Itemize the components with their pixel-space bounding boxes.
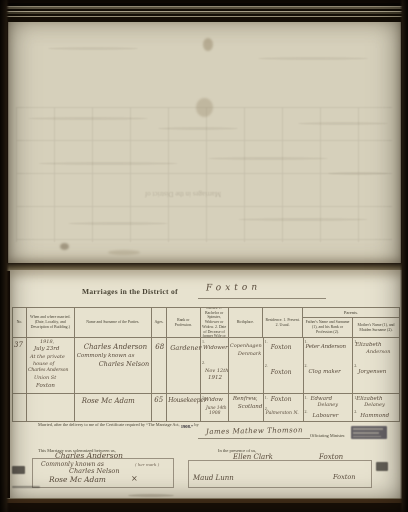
showthrough-squiggle	[238, 218, 368, 221]
registrar-stamp-icon	[12, 466, 25, 474]
bride-condition: Widow	[204, 397, 223, 403]
column-header-parents: Parents.	[303, 308, 399, 318]
groom-mother-name: Elizabeth	[355, 342, 381, 348]
bride-signature: Rose Mc Adam	[49, 475, 106, 484]
when-line: 1918,	[40, 339, 54, 345]
when-line: Union St	[34, 375, 56, 381]
groom-signature: Charles Anderson	[55, 451, 123, 460]
witnesses-box: Ellen Clark Foxton Maud Lunn Foxton	[188, 460, 372, 488]
groom-decease-date: Nov 12th	[205, 368, 228, 374]
bride-mother-maiden: Hammond	[360, 413, 389, 419]
cell-bride-name: Rose Mc Adam	[75, 394, 153, 421]
cell-bride-residence: 1. Foxton 2. Palmerston N.	[264, 394, 304, 421]
printed-marker-2: 2.	[305, 363, 308, 368]
column-header-when: When and where married. (Date, Locality,…	[27, 308, 75, 337]
witness-1-name: Ellen Clark	[233, 453, 273, 461]
page-stain	[108, 250, 140, 255]
when-line: Foxton	[36, 383, 55, 389]
column-header-mother: Mother's Name (1), and Maiden Surname (2…	[353, 318, 399, 337]
table-row-bride: Rose Mc Adam 65 Housekeeper 1. Widow Jun…	[13, 394, 399, 421]
bride-decease-date: June 14th	[206, 405, 227, 410]
cell-groom-name: Charles Anderson Commonly known as Charl…	[75, 338, 153, 393]
act-year-stamp: 1908.”	[181, 424, 194, 429]
cell-empty	[13, 394, 27, 421]
couple-signature-box: Charles Anderson Commonly known as Charl…	[32, 458, 174, 488]
cell-bride-condition: 1. Widow June 14th 1908	[201, 394, 229, 421]
when-line: At the private	[30, 354, 65, 360]
cell-bride-birthplace: Renfrew, Scotland	[229, 394, 264, 421]
groom-decease-year: 1912	[208, 375, 222, 381]
certification-text-before: Married, after the delivery to me of the…	[38, 422, 180, 427]
showthrough-squiggle	[298, 122, 388, 125]
minister-signature: James Mathew Thomson	[206, 426, 303, 436]
cell-groom-rank: Gardener	[167, 338, 201, 393]
when-line: July 23rd	[34, 346, 60, 352]
bride-father-rank: Labourer	[313, 413, 339, 419]
bottom-page: Marriages in the District of Foxton No. …	[10, 270, 402, 498]
showthrough-squiggle	[28, 117, 148, 120]
showthrough-title: Marriages in the District of	[83, 190, 283, 198]
showthrough-squiggle	[158, 127, 238, 130]
bride-father-surname: Delaney	[318, 402, 339, 408]
bride-age: 65	[154, 396, 163, 404]
cell-groom-residence: 1. Foxton 2. Foxton	[264, 338, 304, 393]
page-stain	[203, 38, 213, 51]
printed-marker-2: 2.	[354, 363, 357, 368]
showthrough-squiggle	[68, 222, 168, 225]
bride-residence-present: Foxton	[271, 396, 292, 403]
printed-marker-2: 2.	[354, 409, 357, 414]
top-page: Marriages in the District of	[8, 22, 401, 264]
when-line: Charles Anderson	[28, 368, 68, 373]
certification-statement: Married, after the delivery to me of the…	[38, 422, 199, 427]
table-row-groom: 37 1918, July 23rd At the private house …	[13, 338, 399, 394]
printed-marker-1: 1.	[265, 339, 268, 344]
cell-groom-condition: 1. Widower 2. Nov 12th 1912	[201, 338, 229, 393]
column-header-condition: Condition of Parties. 1. Bachelor or Spi…	[201, 308, 229, 337]
witness-2-residence: Foxton	[333, 473, 355, 481]
pencil-squiggle	[128, 494, 174, 497]
column-header-no: No.	[13, 308, 27, 337]
showthrough-squiggle	[48, 47, 138, 50]
book-edge-left	[0, 0, 9, 512]
showthrough-squiggle	[328, 172, 388, 175]
printed-marker-2: 2.	[265, 363, 268, 368]
groom-alias-signature: Charles Nelson	[69, 467, 120, 475]
certification-text-after: by	[194, 422, 198, 427]
bride-name: Rose Mc Adam	[82, 397, 135, 405]
cell-entry-no: 37	[13, 338, 27, 393]
her-mark-note: ( her mark )	[135, 462, 159, 467]
district-name-handwritten: Foxton	[206, 283, 261, 294]
showthrough-squiggle	[208, 157, 328, 160]
groom-alias-name: Charles Nelson	[99, 360, 150, 368]
witness-2-name: Maud Lunn	[193, 474, 234, 482]
page-edge-stack	[5, 3, 403, 23]
groom-rank: Gardener	[170, 344, 201, 352]
cell-when-where: 1918, July 23rd At the private house of …	[27, 338, 75, 393]
register-book: Marriages in the District of Marriages i…	[0, 0, 408, 512]
book-edge-right	[400, 0, 408, 512]
cell-groom-father: 1. Peter Anderson 2. Clog maker	[304, 338, 354, 393]
bride-mother-surname: Delaney	[364, 402, 385, 408]
minister-stamp-icon	[351, 426, 387, 439]
margin-stamp-icon	[376, 462, 388, 471]
column-header-parents-group: Parents. Father's Name and Surname (1), …	[303, 308, 399, 337]
groom-residence-present: Foxton	[271, 344, 292, 351]
showthrough-squiggle	[38, 162, 178, 165]
fine-print-illegible	[12, 486, 40, 488]
column-header-rank: Rank or Profession.	[167, 308, 201, 337]
witness-1-residence: Foxton	[319, 453, 343, 461]
groom-alias-label: Commonly known as	[77, 353, 135, 359]
bride-decease-year: 1908	[209, 411, 220, 416]
groom-birthplace-city: Copenhagen	[230, 343, 262, 349]
groom-name: Charles Anderson	[84, 343, 147, 351]
page-title: Marriages in the District of	[82, 287, 178, 296]
bride-residence-usual: Palmerston N.	[266, 411, 299, 416]
column-header-birthplace: Birthplace.	[229, 308, 264, 337]
groom-age: 68	[155, 343, 164, 351]
cell-groom-mother: 1. Elizabeth Anderson 2. Jorgensen	[353, 338, 399, 393]
cell-groom-birthplace: Copenhagen Denmark	[229, 338, 264, 393]
bride-birthplace-country: Scotland	[238, 404, 262, 410]
entry-number: 37	[14, 341, 23, 349]
printed-marker-1: 1.	[265, 395, 268, 400]
minister-title: Officiating Minister.	[310, 433, 345, 438]
marriage-table: No. When and where married. (Date, Local…	[12, 307, 400, 422]
column-header-father: Father's Name and Surname (1), and his R…	[303, 318, 353, 337]
bride-mark-cross: ×	[131, 474, 138, 483]
cell-bride-rank: Housekeeper	[167, 394, 201, 421]
groom-mother-surname: Anderson	[366, 349, 390, 355]
printed-marker-2: 2.	[305, 409, 308, 414]
groom-father-name: Peter Anderson	[306, 344, 346, 350]
groom-birthplace-country: Denmark	[238, 351, 261, 357]
cell-groom-age: 68	[152, 338, 167, 393]
column-header-names: Name and Surname of the Parties.	[75, 308, 152, 337]
title-underline	[198, 298, 326, 299]
table-header-row: No. When and where married. (Date, Local…	[13, 308, 399, 338]
cell-bride-mother: 1. Elizabeth Delaney 2. Hammond	[353, 394, 399, 421]
groom-father-rank: Clog maker	[309, 369, 341, 375]
cell-empty	[27, 394, 75, 421]
groom-residence-usual: Foxton	[271, 369, 292, 376]
groom-mother-maiden: Jorgensen	[358, 369, 386, 375]
cell-bride-father: 1. Edward Delaney 2. Labourer	[304, 394, 354, 421]
bride-birthplace-city: Renfrew,	[233, 396, 258, 402]
printed-marker-1: 1.	[202, 339, 205, 344]
printed-marker-2: 2.	[202, 360, 205, 365]
printed-marker-1: 1.	[305, 395, 308, 400]
column-header-ages: Ages.	[152, 308, 167, 337]
page-stain	[60, 243, 69, 250]
column-header-residence: Residence. 1. Present. 2. Usual.	[263, 308, 303, 337]
groom-condition: Widower	[203, 345, 228, 351]
page-stain	[196, 98, 213, 117]
cell-bride-age: 65	[152, 394, 167, 421]
when-line: house of	[33, 361, 54, 367]
showthrough-squiggle	[258, 57, 368, 60]
minister-signature-line	[198, 438, 310, 439]
book-binding-bottom	[0, 498, 408, 512]
